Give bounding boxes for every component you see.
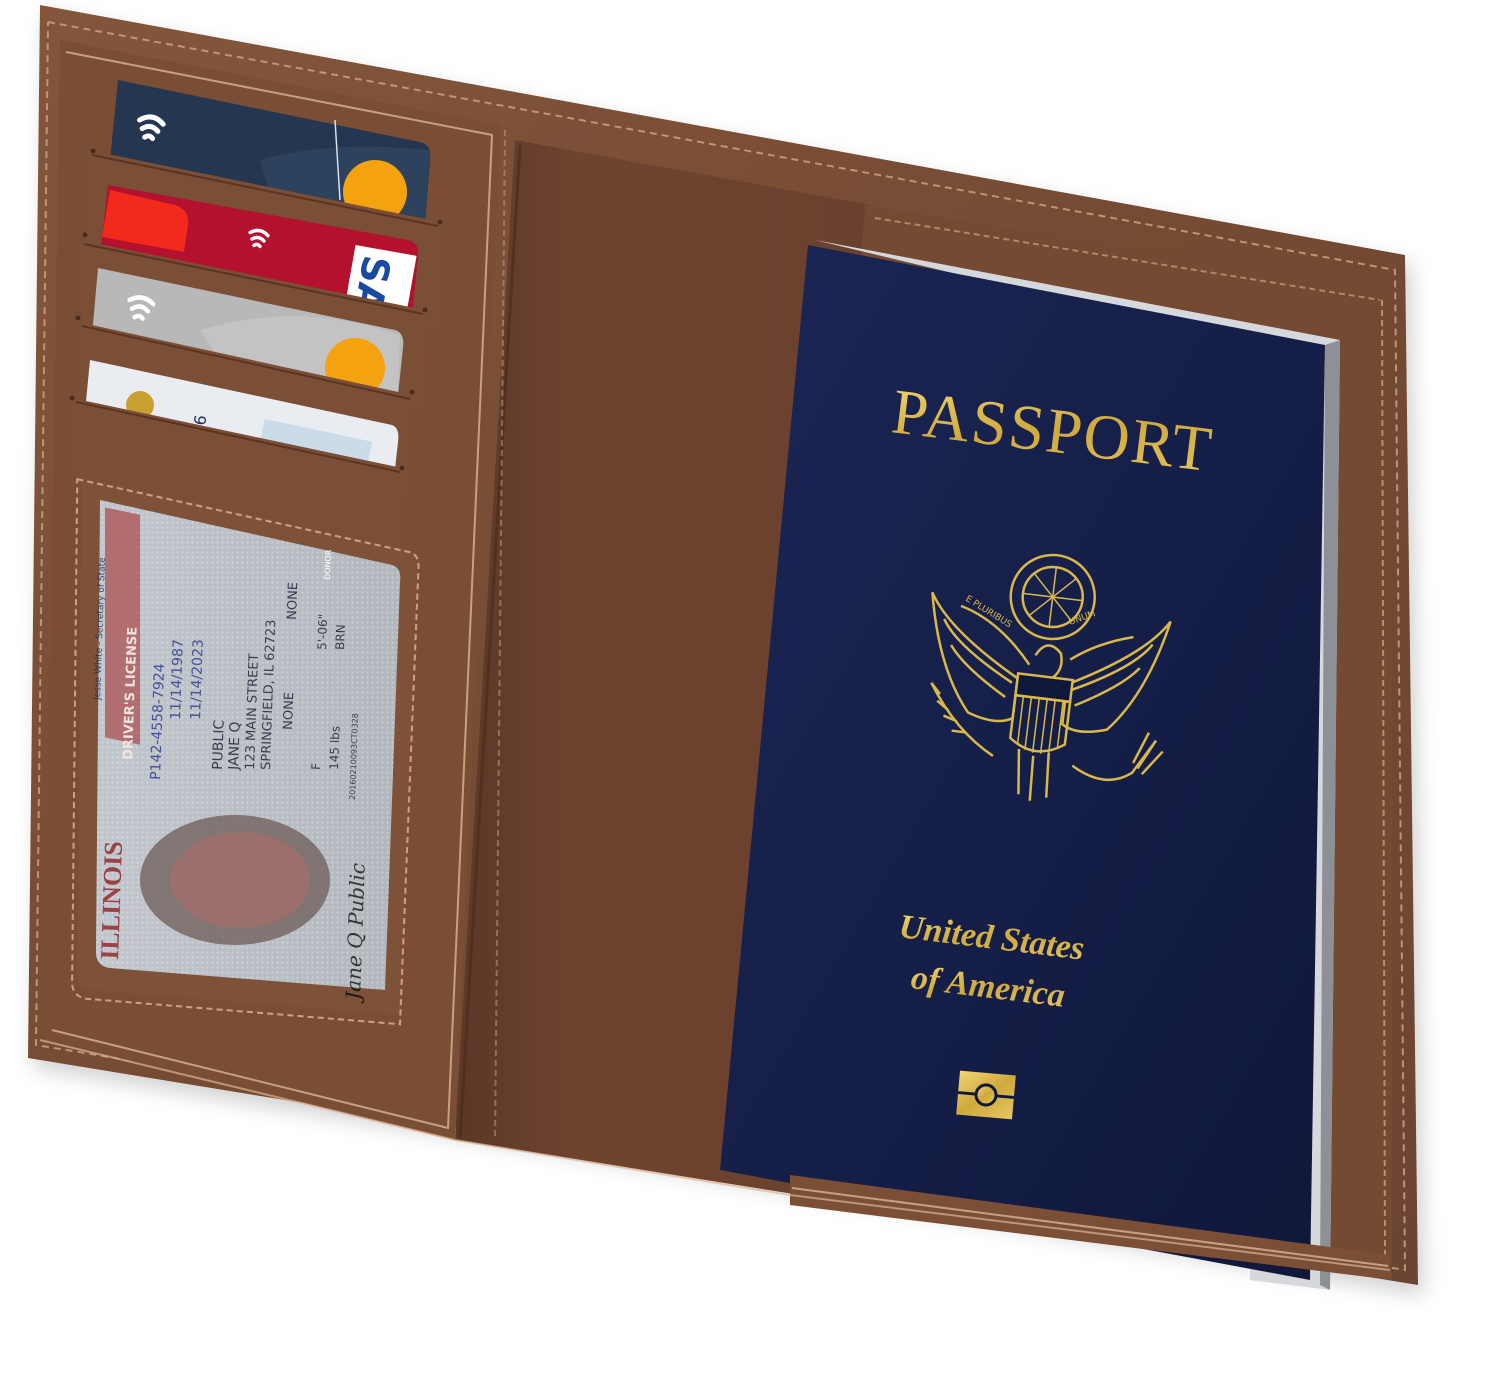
card-panel: SA 9 — [45, 40, 500, 1140]
id-window: ILLINOIS DRIVER'S LICENSE Jesse White - … — [72, 478, 419, 1024]
product-photo: SA 9 — [0, 0, 1500, 1397]
biometric-chip-icon — [956, 1071, 1016, 1120]
passport-booklet: PASSPORT — [720, 240, 1340, 1290]
